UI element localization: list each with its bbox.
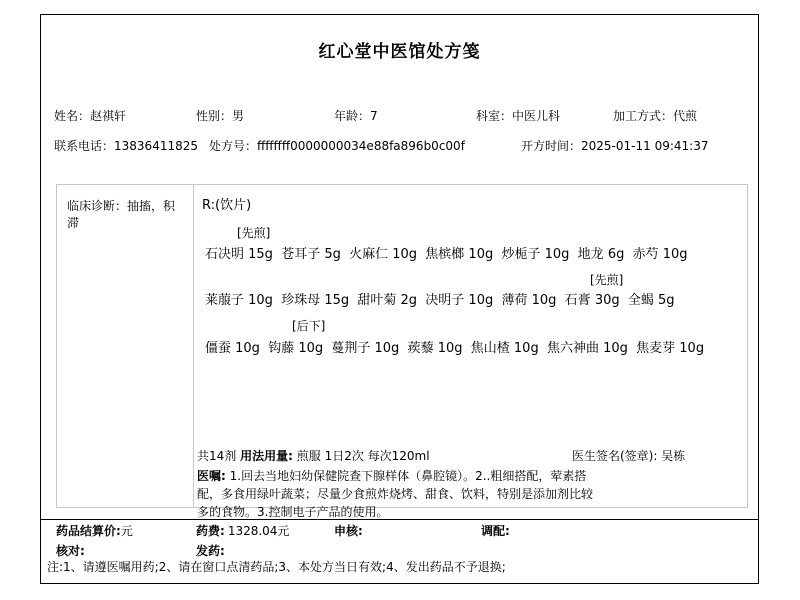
dispense-label: 发药:: [196, 544, 225, 558]
field-phone: 联系电话：13836411825: [54, 139, 198, 153]
fee-value: 1328.04元: [228, 524, 290, 538]
usage-line: 共14剂 用法用量: 煎服 1日2次 每次120ml: [197, 449, 430, 463]
field-dispense: 发药:: [196, 544, 225, 558]
page: 红心堂中医馆处方笺 姓名：赵祺轩 性别：男 年龄：7 科室：中医儿科 加工方式：…: [0, 0, 800, 600]
doctor-signature: 医生签名(签章): 吴栋: [572, 449, 685, 463]
name-value: 赵祺轩: [90, 109, 126, 123]
add-later-tag: [后下]: [292, 319, 325, 333]
review-label: 申核:: [334, 524, 363, 538]
gender-value: 男: [232, 109, 244, 123]
field-department: 科室：中医儿科: [476, 109, 560, 123]
processing-label: 加工方式：: [613, 109, 673, 123]
field-check: 核对:: [56, 544, 85, 558]
rx-header: R:(饮片): [202, 198, 251, 214]
gender-label: 性别：: [196, 109, 232, 123]
field-settle-price: 药品结算价:元: [56, 524, 133, 538]
field-rx-no: 处方号：ffffffff0000000034e88fa896b0c00f: [209, 139, 465, 153]
diagnosis-text: 临床诊断：抽搐，积滞: [67, 198, 179, 232]
field-issue-time: 开方时间：2025-01-11 09:41:37: [521, 139, 708, 153]
age-value: 7: [370, 109, 378, 123]
department-label: 科室：: [476, 109, 512, 123]
issue-time-label: 开方时间：: [521, 139, 581, 153]
field-gender: 性别：男: [196, 109, 244, 123]
field-age: 年龄：7: [334, 109, 378, 123]
age-label: 年龄：: [334, 109, 370, 123]
note-text: 注:1、请遵医嘱用药;2、请在窗口点清药品;3、本处方当日有效;4、发出药品不予…: [47, 560, 506, 574]
name-label: 姓名：: [54, 109, 90, 123]
prescription-sheet: 红心堂中医馆处方笺 姓名：赵祺轩 性别：男 年龄：7 科室：中医儿科 加工方式：…: [40, 14, 759, 584]
doctor-signature-label: 医生签名(签章):: [572, 449, 657, 463]
department-value: 中医儿科: [512, 109, 560, 123]
diagnosis-label: 临床诊断：: [67, 199, 127, 213]
rx-no-label: 处方号：: [209, 139, 257, 153]
advice-text: 1.回去当地妇幼保健院查下腺样体（鼻腔镜）。2..粗细搭配，荤素搭配，多食用绿叶…: [197, 469, 593, 519]
compound-label: 调配:: [481, 524, 510, 538]
settle-price-label: 药品结算价:: [56, 524, 121, 538]
advice-label: 医嘱:: [197, 469, 226, 483]
usage-value: 煎服 1日2次 每次120ml: [297, 449, 430, 463]
rx-no-value: ffffffff0000000034e88fa896b0c00f: [257, 139, 465, 153]
herb-line: 石决明 15g 苍耳子 5g 火麻仁 10g 焦槟榔 10g 炒栀子 10g 地…: [205, 247, 688, 263]
processing-value: 代煎: [673, 109, 697, 123]
decoct-first-tag: [先煎]: [590, 273, 623, 287]
diagnosis-cell: 临床诊断：抽搐，积滞: [57, 185, 194, 507]
page-title: 红心堂中医馆处方笺: [41, 37, 758, 62]
field-name: 姓名：赵祺轩: [54, 109, 126, 123]
issue-time-value: 2025-01-11 09:41:37: [581, 139, 708, 153]
field-fee: 药费:1328.04元: [196, 524, 289, 538]
settle-price-value: 元: [121, 524, 133, 538]
footer-divider: [41, 519, 758, 520]
fee-label: 药费:: [196, 524, 225, 538]
decoct-first-tag: [先煎]: [237, 226, 270, 240]
total-count: 共14剂: [197, 449, 236, 463]
prescription-table: 临床诊断：抽搐，积滞 R:(饮片) [先煎] 石决明 15g 苍耳子 5g 火麻…: [56, 184, 748, 508]
field-compound: 调配:: [481, 524, 510, 538]
field-processing: 加工方式：代煎: [613, 109, 697, 123]
check-label: 核对:: [56, 544, 85, 558]
usage-label: 用法用量:: [240, 449, 293, 463]
phone-value: 13836411825: [114, 139, 198, 153]
field-review: 申核:: [334, 524, 363, 538]
herb-line: 莱菔子 10g 珍珠母 15g 甜叶菊 2g 决明子 10g 薄荷 10g 石膏…: [205, 293, 675, 309]
doctor-advice: 医嘱: 1.回去当地妇幼保健院查下腺样体（鼻腔镜）。2..粗细搭配，荤素搭配，多…: [197, 467, 593, 521]
doctor-name: 吴栋: [661, 449, 685, 463]
herb-line: 僵蚕 10g 钩藤 10g 蔓荆子 10g 蒺藜 10g 焦山楂 10g 焦六神…: [205, 341, 704, 357]
phone-label: 联系电话：: [54, 139, 114, 153]
